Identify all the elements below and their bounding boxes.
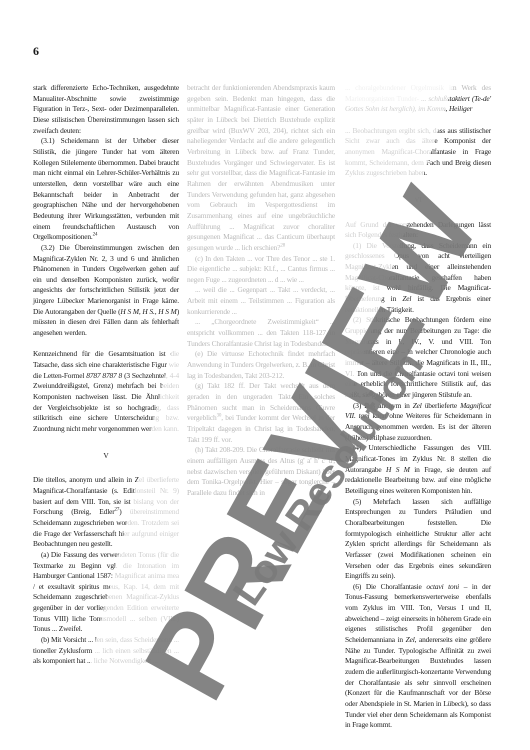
paragraph-3-2: (3.2) Die Übereinstimmungen zwischen den…	[33, 243, 179, 339]
paragraph: ... „Chorgeordnete Zweistimmigkeit“ ... …	[187, 317, 335, 349]
paragraph-d: ... weil die ... Gegenpart ... Takt ... …	[187, 285, 335, 317]
page-number: 6	[33, 44, 39, 59]
paragraph-3-1: (3.1) Scheidemann ist der Urheber dieser…	[33, 136, 179, 243]
paragraph: ... choralgebundener Orgelmusik im Werk …	[345, 83, 491, 115]
paragraph: ... Beobachtungen ergibt sich, dass aus …	[345, 126, 491, 179]
section-heading-vi: VI	[345, 195, 491, 206]
paragraph-2: (2) Stilkritische Beobachtungen fördern …	[345, 315, 491, 400]
paragraph-5: (5) Mehrfach lassen sich auffällige Ents…	[345, 497, 491, 582]
section-heading-v: V	[33, 451, 179, 462]
paragraph: betracht der funktionierenden Abendsmpra…	[187, 83, 335, 254]
paragraph-4: (4) Unterschiedliche Fassungen des VIII.…	[345, 443, 491, 496]
paragraph: Auf Grund der vorstehenden Darlegungen l…	[345, 220, 491, 241]
middle-column: betracht der funktionierenden Abendsmpra…	[187, 83, 335, 499]
paragraph: stark differenzierte Echo-Techniken, aus…	[33, 83, 179, 136]
paragraph: Kennzeichnend für die Gesamtsituation is…	[33, 349, 179, 434]
paragraph-c: (c) In den Takten ... vor Thre des Tenor…	[187, 254, 335, 286]
paragraph-g: (g) Takt 182 ff. Der Takt wechselt aus d…	[187, 381, 335, 445]
left-column: stark differenzierte Echo-Techniken, aus…	[33, 83, 179, 667]
paragraph-3: (3) Das anonym in Zel überlieferte Magni…	[345, 401, 491, 444]
paragraph-1: (1) Die Vorstellung, dass Scheidemann ei…	[345, 241, 491, 316]
paragraph: Die titellos, anonym und allein in Zel ü…	[33, 475, 179, 550]
paragraph-e: (e) Die virtuose Echotechnik findet mehr…	[187, 349, 335, 381]
paragraph-6: (6) Die Choralfantasie octavi toni – in …	[345, 582, 491, 731]
paragraph-h: (h) Takt 208-209. Die Choralfantasie sch…	[187, 445, 335, 498]
right-column: ... choralgebundener Orgelmusik im Werk …	[345, 83, 491, 731]
paragraph-b: (b) Mit Vorsicht ... len sein, dass Sche…	[33, 635, 179, 667]
paragraph-a: (a) Die Fassung des verwendeten Tonus (f…	[33, 550, 179, 635]
